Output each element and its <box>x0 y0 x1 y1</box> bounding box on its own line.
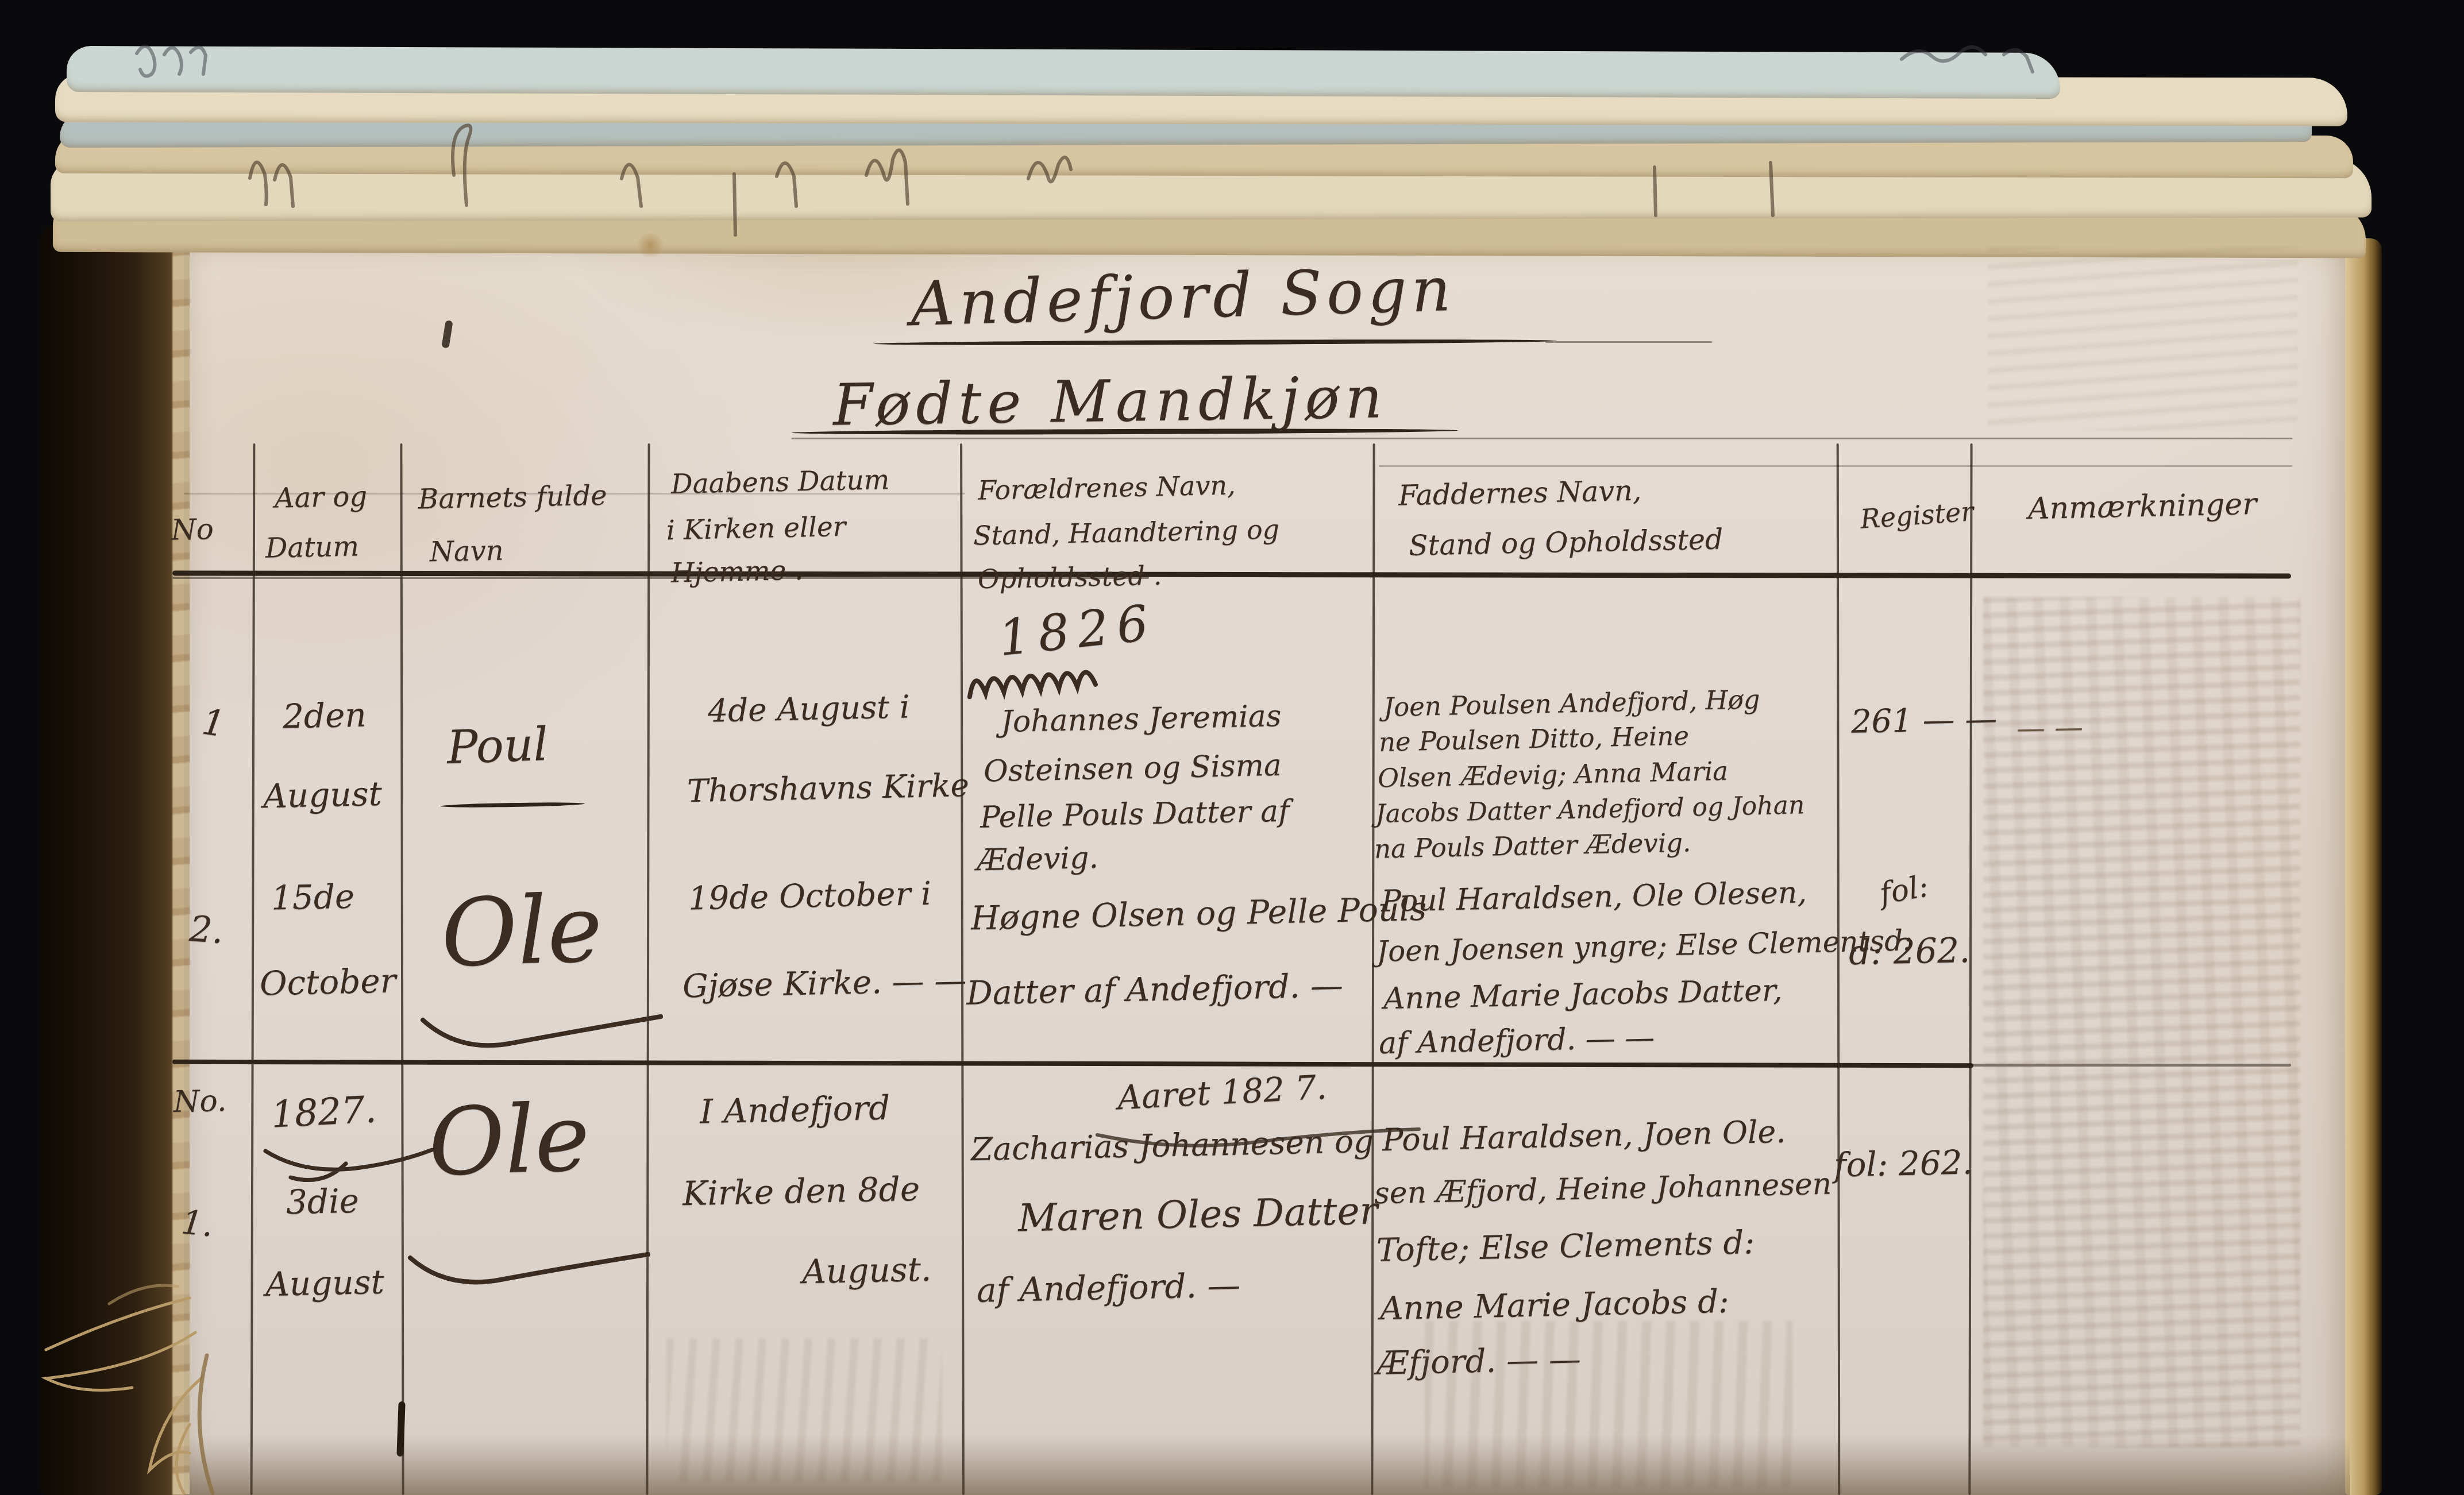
bleedthrough-remarks-column <box>1983 597 2300 1447</box>
page-bottom-shadow <box>190 1436 2350 1495</box>
row2-name-swash <box>418 1004 665 1056</box>
row1-register-value: 261 — — <box>1850 700 1998 740</box>
row3-baptism-line1: I Andefjord <box>699 1088 890 1131</box>
row3-baptism-line3: August. <box>801 1250 932 1292</box>
col-header-baptism-line2: i Kirken eller <box>666 511 846 547</box>
col-header-godparents-line2: Stand og Opholdssted <box>1408 523 1723 562</box>
col-header-date-line2: Datum <box>265 530 359 564</box>
col-header-parents-line1: Forældrenes Navn, <box>977 469 1236 505</box>
row2-godparents-line4: af Andefjord. — — <box>1378 1021 1655 1061</box>
col-header-remarks: Anmærkninger <box>2027 487 2257 526</box>
col-header-no: No <box>171 512 214 547</box>
row1-parents-line3: Pelle Pouls Datter af <box>980 794 1290 835</box>
col-header-parents-line2: Stand, Haandtering og <box>973 513 1279 551</box>
row1-date-line2: August <box>263 774 382 816</box>
photo-backdrop: Andefjord Sogn Fødte Mandkjøn No Aar og … <box>0 0 2464 1495</box>
bleedthrough-remarks-top <box>1988 247 2298 431</box>
edge-ghost-marks <box>52 32 2384 261</box>
year-1826-flourish <box>964 655 1159 701</box>
row1-parents-line4: Ædevig. <box>976 841 1098 878</box>
page-subtitle: Fødte Mandkjøn <box>832 364 1388 438</box>
brown-stain-spot <box>635 233 665 257</box>
row3-baptism-line2: Kirke den 8de <box>682 1169 920 1214</box>
row2-baptism-line1: 19de October i <box>688 875 931 918</box>
row2-register-line2: d: 262. <box>1848 930 1971 973</box>
col-header-name-line2: Navn <box>429 535 504 569</box>
row3-name-swash <box>406 1241 653 1292</box>
page-right-edge <box>2345 238 2382 1495</box>
row2-date-line1: 15de <box>271 876 355 917</box>
row3-godparents-line3: Tofte; Else Clements d: <box>1376 1224 1755 1269</box>
col-header-name-line1: Barnets fulde <box>418 480 607 516</box>
row2-baptism-line2: Gjøse Kirke. — — <box>682 962 967 1005</box>
col-header-godparents-line1: Faddernes Navn, <box>1398 474 1641 512</box>
row3-date-line2: August <box>265 1262 384 1304</box>
row3-register-value: fol: 262. <box>1833 1142 1973 1184</box>
row2-no: 2. <box>188 907 225 952</box>
binding-fibers <box>17 1218 259 1495</box>
col-header-date-line1: Aar og <box>274 480 367 514</box>
col-header-baptism-line3: Hjemme . <box>670 555 803 589</box>
row1-parents-line2: Osteinsen og Sisma <box>983 748 1282 789</box>
row2-child-name: Ole <box>439 875 604 988</box>
row3-parents-line2: Maren Oles Datter <box>1017 1188 1378 1240</box>
row1-baptism-line2: Thorshavns Kirke <box>687 767 969 809</box>
row3-date-line1: 3die <box>286 1181 359 1222</box>
row2-parents-line2: Datter af Andefjord. — <box>966 967 1343 1013</box>
table-top-rule <box>792 438 2292 439</box>
row3-no-line1: No. <box>173 1084 227 1119</box>
row2-date-line2: October <box>259 961 396 1003</box>
row1-parents-line1: Johannes Jeremias <box>1000 699 1282 739</box>
row3-child-name: Ole <box>427 1084 592 1197</box>
row1-godparents-line2: ne Poulsen Ditto, Heine <box>1379 720 1690 757</box>
row1-child-name: Poul <box>446 717 549 774</box>
faint-ruling-right <box>1379 465 2292 467</box>
col-header-parents-line3: Opholdssted . <box>977 560 1162 595</box>
col-header-baptism-line1: Daabens Datum <box>670 464 889 500</box>
row3-year-underline-swash <box>260 1138 438 1188</box>
row1-baptism-line1: 4de August i <box>707 688 910 729</box>
title-underline-tail <box>1545 341 1712 343</box>
row1-date-line1: 2den <box>282 695 367 736</box>
row3-year: 1827. <box>270 1088 377 1136</box>
row3-parents-line3: af Andefjord. — <box>976 1265 1241 1310</box>
